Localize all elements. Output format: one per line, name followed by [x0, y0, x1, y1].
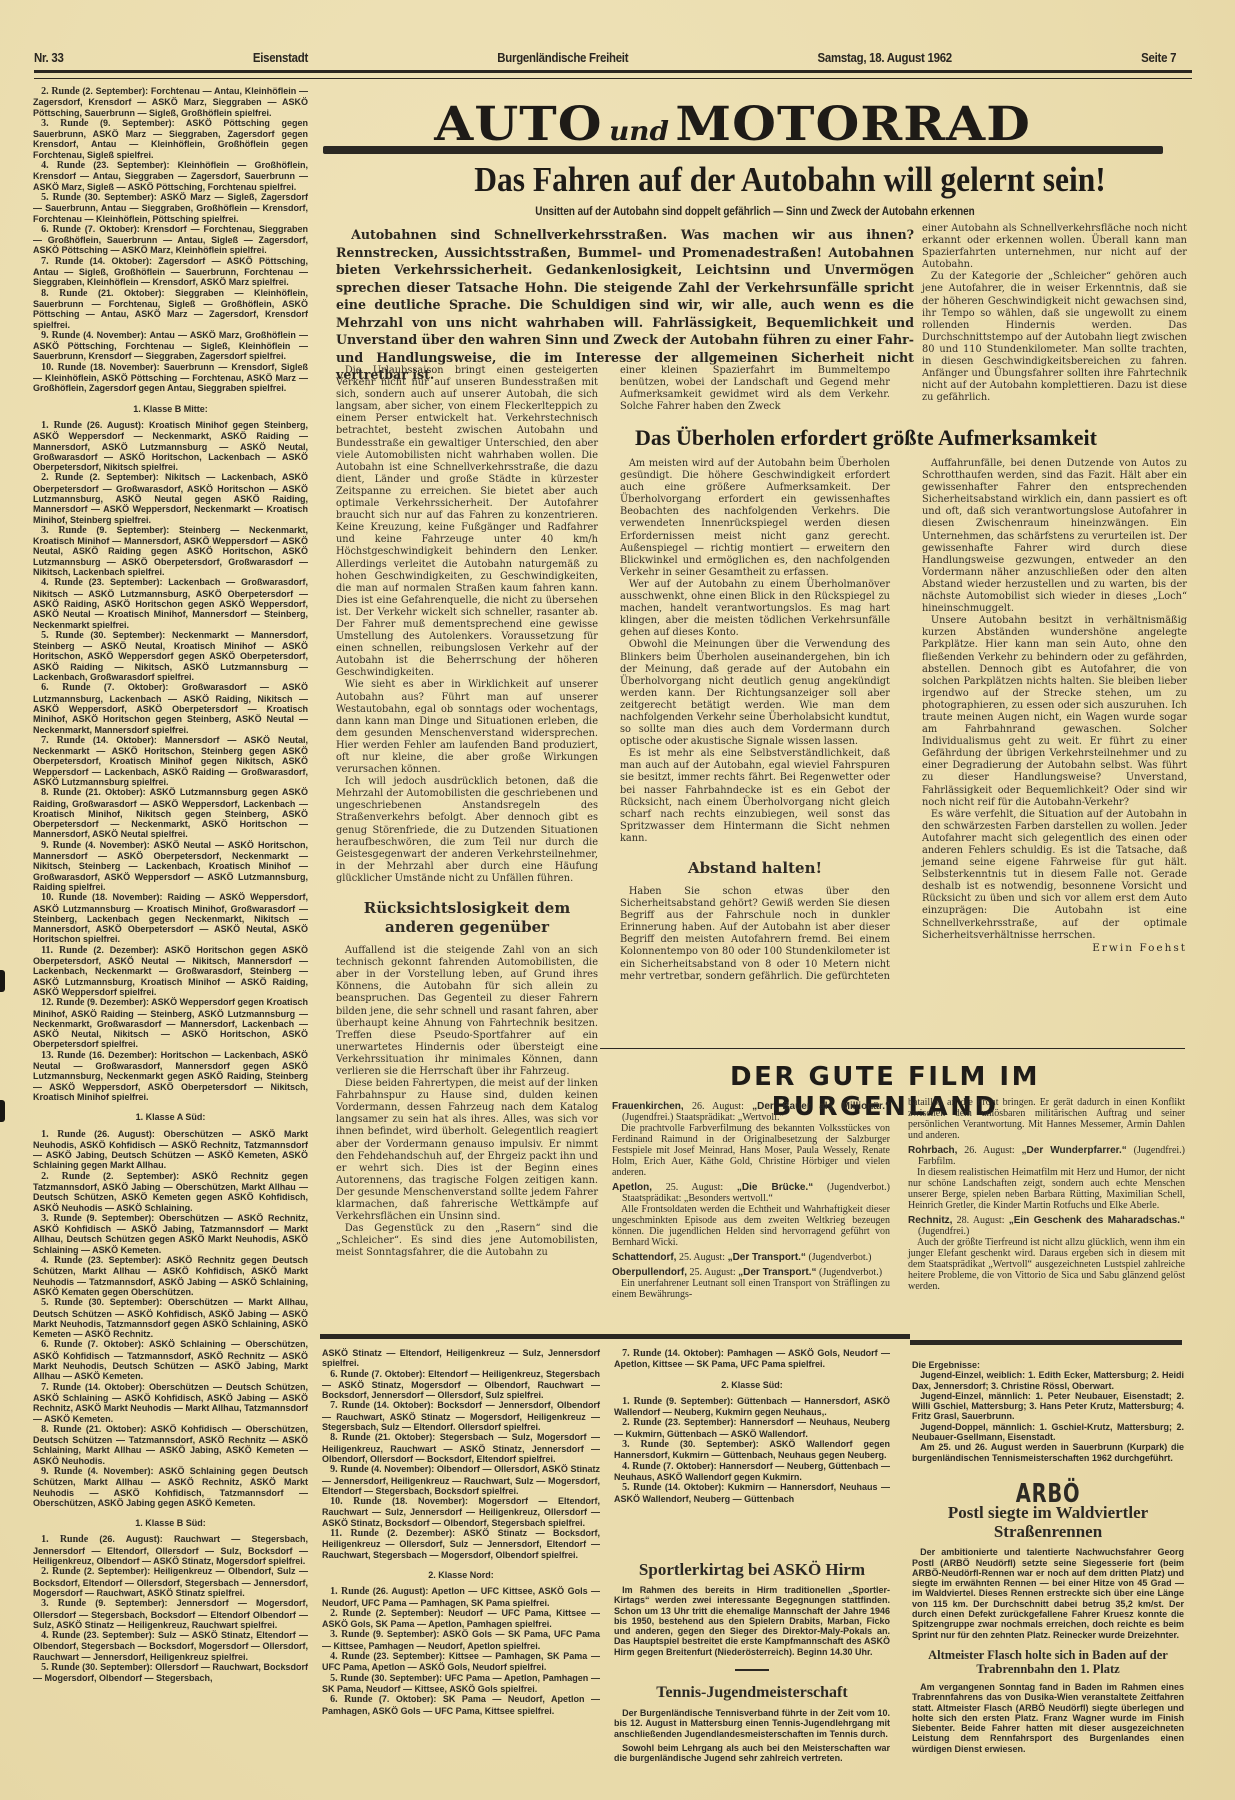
article-paragraph: Wer auf der Autobahn zu einem Überholman… — [620, 579, 890, 639]
round-number: 5. Runde — [622, 1482, 661, 1493]
film-listing: Schattendorf, 25. August: „Der Transport… — [612, 1252, 890, 1263]
tennis-paragraph: Sowohl beim Lehrgang als auch bei den Me… — [614, 1743, 890, 1764]
fixture-round: 5. Runde (30. September): Oberschützen —… — [33, 1297, 308, 1339]
round-number: 7. Runde — [41, 1382, 81, 1393]
results-and-arbo-column: Die Ergebnisse: Jugend-Einzel, weiblich:… — [912, 1360, 1184, 1754]
fixture-round: 12. Runde (9. Dezember): ASKÖ Weppersdor… — [33, 997, 308, 1049]
round-number: 8. Runde — [41, 787, 81, 798]
fixture-round: 7. Runde (14. Oktober): Pamhagen — ASKÖ … — [614, 1348, 890, 1370]
fixture-round: 4. Runde (23. September): Kittsee — Pamh… — [322, 1651, 600, 1673]
round-number: 7. Runde — [622, 1348, 661, 1359]
fixtures-column-left: 2. Runde (2. September): Forchtenau — An… — [33, 86, 308, 1684]
round-number: 3. Runde — [330, 1629, 369, 1640]
fixture-round: 8. Runde (21. Oktober): Stegersbach — Su… — [322, 1432, 600, 1464]
section-title-auto: AUTO — [434, 97, 602, 152]
round-number: 8. Runde — [41, 1424, 81, 1435]
article-subheadline: Unsitten auf der Autobahn sind doppelt g… — [381, 206, 1129, 218]
fixtures-column-right: 7. Runde (14. Oktober): Pamhagen — ASKÖ … — [614, 1348, 890, 1504]
round-number: 8. Runde — [41, 288, 87, 299]
film-column-1: Frauenkirchen, 26. August: „Der Bauer al… — [612, 1097, 890, 1300]
article-paragraph: Es wäre verfehlt, die Situation auf der … — [922, 809, 1187, 942]
fixture-round: 4. Runde (23. September): ASKÖ Rechnitz … — [33, 1255, 308, 1297]
article-column-2: Am meisten wird auf der Autobahn beim Üb… — [620, 458, 890, 983]
article-paragraph: einer kleinen Spazierfahrt im Bummeltemp… — [620, 365, 890, 413]
film-location: Apetlon, — [612, 1182, 652, 1193]
round-number: 2. Runde — [330, 1608, 371, 1619]
fixture-round: 2. Runde (2. September): Forchtenau — An… — [33, 86, 308, 118]
fixture-round: 10. Runde (18. November): Raiding — ASKÖ… — [33, 892, 308, 944]
film-title: „Ein Geschenk des Maharadschas.“ — [1009, 1215, 1185, 1226]
round-number: 4. Runde — [41, 577, 83, 588]
masthead: Nr. 33 Eisenstadt Burgenländische Freihe… — [34, 47, 1176, 67]
fixture-round: 3. Runde (30. September): ASKÖ Wallendor… — [614, 1439, 890, 1461]
article-lead: Autobahnen sind Schnellverkehrsstraßen. … — [336, 226, 914, 384]
film-location: Oberpullendorf, — [612, 1267, 687, 1278]
fixture-round: 6. Runde (7. Oktober): Großwarasdorf — A… — [33, 682, 308, 734]
fixture-round: 8. Runde (21. Oktober): ASKÖ Kohfidisch … — [33, 1424, 308, 1466]
round-number: 9. Runde — [41, 330, 80, 341]
round-number: 1. Runde — [41, 1534, 88, 1545]
fixture-round: 6. Runde (7. Oktober): SK Pama — Neudorf… — [322, 1694, 600, 1716]
league-heading: 1. Klasse B Süd: — [33, 1518, 308, 1528]
film-location: Rechnitz, — [908, 1215, 952, 1226]
film-listing: Rechnitz, 28. August: „Ein Geschenk des … — [908, 1215, 1185, 1237]
fixture-round: 3. Runde (9. September): Jennersdorf — M… — [33, 1598, 308, 1630]
round-number: 7. Runde — [41, 256, 83, 267]
round-number: 13. Runde — [41, 1050, 85, 1061]
fixture-round: 7. Runde (14. Oktober): Zagersdorf — ASK… — [33, 256, 308, 288]
round-number: 7. Runde — [41, 735, 85, 746]
film-column-2: bataillon an die Front bringen. Er gerät… — [908, 1097, 1185, 1292]
round-number: 5. Runde — [41, 1297, 83, 1308]
round-number: 4. Runde — [41, 1630, 80, 1641]
round-number: 5. Runde — [41, 1662, 79, 1673]
film-description: Auch der größte Tierfreund ist nicht all… — [908, 1237, 1185, 1292]
article-column-2-top: einer kleinen Spazierfahrt im Bummeltemp… — [620, 365, 890, 413]
punch-hole-mark — [0, 970, 5, 992]
film-title: „Die Brücke.“ — [737, 1182, 813, 1193]
film-location: Rohrbach, — [908, 1145, 957, 1156]
tennis-result: Jugend-Einzel, männlich: 1. Peter Neubau… — [912, 1391, 1184, 1422]
fixture-round: 5. Runde (14. Oktober): Kukmirn — Hanner… — [614, 1482, 890, 1504]
article-column-3-top: einer Autobahn als Schnellverkehrsfläche… — [922, 223, 1187, 404]
article-paragraph: Am meisten wird auf der Autobahn beim Üb… — [620, 458, 890, 579]
round-number: 3. Runde — [622, 1439, 669, 1450]
tennis-headline: Tennis-Jugendmeisterschaft — [614, 1683, 890, 1702]
tennis-paragraph: Der Burgenländische Tennisverband führte… — [614, 1708, 890, 1739]
short-divider — [735, 1669, 769, 1671]
film-listing: Apetlon, 25. August: „Die Brücke.“ (Juge… — [612, 1182, 890, 1204]
league-heading: 1. Klasse B Mitte: — [33, 404, 308, 414]
film-title: „Der Transport.“ — [738, 1267, 816, 1278]
arbo-logo: ARBÖ — [946, 1489, 1150, 1499]
arbo-text: Der ambitionierte und talentierte Nachwu… — [912, 1547, 1184, 1640]
issue-date: Samstag, 18. August 1962 — [818, 50, 952, 65]
section-divider — [320, 1334, 910, 1339]
film-location: Schattendorf, — [612, 1252, 676, 1263]
fixture-round: 9. Runde (4. November): ASKÖ Schlaining … — [33, 1466, 308, 1508]
result-category: Jugend-Doppel, männlich: — [920, 1422, 1035, 1432]
round-number: 10. Runde — [41, 892, 87, 903]
fixture-round: 9. Runde (4. November): Olbendorf — Olle… — [322, 1464, 600, 1496]
tennis-closing: Am 25. und 26. August werden in Sauerbru… — [912, 1442, 1184, 1463]
round-number: 5. Runde — [41, 192, 81, 203]
round-number: 6. Runde — [41, 1339, 82, 1350]
fixture-round: 8. Runde (21. Oktober): Sieggraben — Kle… — [33, 288, 308, 330]
result-category: Jugend-Einzel, männlich: — [920, 1391, 1031, 1401]
film-description: bataillon an die Front bringen. Er gerät… — [908, 1097, 1185, 1141]
round-number: 2. Runde — [41, 1171, 90, 1182]
subhead-abstand: Abstand halten! — [620, 859, 890, 878]
sportlerkirtag-text: Im Rahmen des bereits in Hirm traditione… — [614, 1585, 890, 1657]
fixture-round: 2. Runde (2. September): Nikitsch — Lack… — [33, 472, 308, 524]
article-paragraph: Haben Sie schon etwas über den Sicherhei… — [620, 886, 890, 983]
league-heading: 2. Klasse Süd: — [614, 1380, 890, 1390]
film-listing: Frauenkirchen, 26. August: „Der Bauer al… — [612, 1101, 890, 1123]
article-paragraph: Auffahrunfälle, bei denen Dutzende von A… — [922, 458, 1187, 615]
round-number: 1. Runde — [622, 1396, 662, 1407]
fixture-round: 7. Runde (14. Oktober): Oberschützen — D… — [33, 1382, 308, 1424]
round-number: 10. Runde — [41, 362, 86, 373]
article-paragraph: Diese beiden Fahrertypen, die meist auf … — [336, 1078, 598, 1223]
round-number: 9. Runde — [330, 1464, 368, 1475]
article-paragraph: Wie sieht es aber in Wirklichkeit auf un… — [336, 679, 598, 776]
round-number: 11. Runde — [41, 945, 87, 956]
round-number: 4. Runde — [622, 1461, 660, 1472]
punch-hole-mark — [0, 1100, 5, 1122]
fixture-round: 9. Runde (4. November): ASKÖ Neutal — AS… — [33, 840, 308, 892]
article-paragraph: Es ist mehr als eine Selbstverständlichk… — [620, 748, 890, 845]
tennis-result: Jugend-Einzel, weiblich: 1. Edith Ecker,… — [912, 1370, 1184, 1391]
section-title-und: und — [609, 117, 669, 147]
section-title-bar — [323, 146, 1163, 154]
fixture-round: 8. Runde (21. Oktober): ASKÖ Lutzmannsbu… — [33, 787, 308, 839]
fixture-round: 5. Runde (30. September): Neckenmarkt — … — [33, 630, 308, 682]
round-number: 3. Runde — [41, 525, 87, 536]
fixture-round: 11. Runde (2. Dezember): ASKÖ Horitschon… — [33, 945, 308, 997]
article-paragraph: einer Autobahn als Schnellverkehrsfläche… — [922, 223, 1187, 271]
article-paragraph: Unsere Autobahn besitzt in verhältnismäß… — [922, 615, 1187, 809]
author-signature: Erwin Foehst — [922, 942, 1187, 954]
fixture-round: 13. Runde (16. Dezember): Horitschon — L… — [33, 1050, 308, 1102]
article-column-3: Auffahrunfälle, bei denen Dutzende von A… — [922, 458, 1187, 954]
city: Eisenstadt — [253, 50, 308, 65]
round-number: 9. Runde — [41, 840, 81, 851]
fixture-round: 5. Runde (30. September): ASKÖ Marz — Si… — [33, 192, 308, 224]
issue-number: Nr. 33 — [34, 50, 64, 65]
film-title: „Der Bauer als Millionär.“ — [752, 1101, 890, 1112]
fixture-round: 1. Runde (9. September): Güttenbach — Ha… — [614, 1396, 890, 1418]
section-divider — [600, 1048, 1185, 1049]
fixture-round: 6. Runde (7. Oktober): Eltendorf — Heili… — [322, 1369, 600, 1401]
fixture-round: ASKÖ Stinatz — Eltendorf, Heiligenkreuz … — [322, 1348, 600, 1369]
tennis-result: Jugend-Doppel, männlich: 1. Gschiel-Krut… — [912, 1422, 1184, 1443]
film-description: In diesem realistischen Heimatfilm mit H… — [908, 1167, 1185, 1211]
fixture-round: 4. Runde (23. September): Sulz — ASKÖ St… — [33, 1630, 308, 1662]
fixture-round: 3. Runde (9. September): Oberschützen — … — [33, 1213, 308, 1255]
round-number: 12. Runde — [41, 997, 84, 1008]
round-number: 4. Runde — [41, 1255, 82, 1266]
fixture-round: 7. Runde (14. Oktober): Bocksdorf — Jenn… — [322, 1400, 600, 1432]
fixture-round: 2. Runde (2. September): Neudorf — UFC P… — [322, 1608, 600, 1630]
fixture-round: 5. Runde (30. September): Ollersdorf — R… — [33, 1662, 308, 1684]
article-paragraph: Auffallend ist die steigende Zahl von an… — [336, 945, 598, 1078]
article-column-1: Die Urlaubssaison bringt einen gesteiger… — [336, 365, 598, 1259]
sportlerkirtag-headline: Sportlerkirtag bei ASKÖ Hirm — [614, 1560, 890, 1579]
round-number: 3. Runde — [41, 118, 88, 129]
round-number: 1. Runde — [41, 420, 82, 431]
fixture-round: 6. Runde (7. Oktober): Krensdorf — Forch… — [33, 224, 308, 256]
fixture-round: 2. Runde (2. September): Heiligenkreuz —… — [33, 1566, 308, 1598]
fixture-round: 7. Runde (14. Oktober): Mannersdorf — AS… — [33, 735, 308, 787]
league-heading: 2. Klasse Nord: — [322, 1570, 600, 1580]
fixture-round: 3. Runde (9. September): Steinberg — Nec… — [33, 525, 308, 577]
fixture-round: 4. Runde (23. September): Kleinhöflein —… — [33, 160, 308, 192]
round-number: 9. Runde — [41, 1466, 82, 1477]
fixtures-column-middle: ASKÖ Stinatz — Eltendorf, Heiligenkreuz … — [322, 1348, 600, 1716]
article-paragraph: Zu der Kategorie der „Schleicher“ gehöre… — [922, 271, 1187, 404]
fixture-round: 1. Runde (26. August): Kroatisch Minihof… — [33, 420, 308, 472]
article-paragraph: Ich will jedoch ausdrücklich betonen, da… — [336, 776, 598, 885]
sportlerkirtag-article: Sportlerkirtag bei ASKÖ Hirm Im Rahmen d… — [614, 1560, 890, 1764]
round-number: 8. Runde — [330, 1432, 370, 1443]
round-number: 2. Runde — [41, 1566, 80, 1577]
fixture-round: 4. Runde (7. Oktober): Hannersdorf — Neu… — [614, 1461, 890, 1483]
article-paragraph: Die Urlaubssaison bringt einen gesteiger… — [336, 365, 598, 679]
film-listing: Rohrbach, 26. August: „Der Wunderpfarrer… — [908, 1145, 1185, 1167]
film-description: Ein unerfahrener Leutnant soll einen Tra… — [612, 1278, 890, 1300]
fixture-round: 5. Runde (30. September): UFC Pama — Ape… — [322, 1673, 600, 1695]
section-title-motorrad: MOTORRAD — [675, 97, 1030, 152]
film-location: Frauenkirchen, — [612, 1101, 684, 1112]
round-number: 10. Runde — [330, 1496, 381, 1507]
result-category: Jugend-Einzel, weiblich: — [920, 1370, 1025, 1380]
round-number: 6. Runde — [330, 1694, 372, 1705]
fixture-round: 9. Runde (4. November): Antau — ASKÖ Mar… — [33, 330, 308, 362]
film-title: „Der Wunderpfarrer.“ — [1022, 1145, 1127, 1156]
round-number: 5. Runde — [330, 1673, 369, 1684]
subhead-ueberholen: Das Überholen erfordert größte Aufmerksa… — [635, 425, 1135, 451]
fixture-round: 10. Runde (18. November): Mogersdorf — E… — [322, 1496, 600, 1528]
subhead-ruecksichtslosigkeit: Rücksichtslosigkeit dem anderen gegenübe… — [336, 899, 598, 937]
round-number: 6. Runde — [330, 1369, 369, 1380]
newspaper-page: Nr. 33 Eisenstadt Burgenländische Freihe… — [0, 0, 1235, 1800]
fixture-round: 3. Runde (9. September): ASKÖ Gols — SK … — [322, 1629, 600, 1651]
article-headline: Das Fahren auf der Autobahn will gelernt… — [448, 160, 1132, 200]
fixture-round: 10. Runde (18. November): Sauerbrunn — K… — [33, 362, 308, 394]
film-listing: Oberpullendorf, 25. August: „Der Transpo… — [612, 1267, 890, 1278]
league-heading: 1. Klasse A Süd: — [33, 1112, 308, 1122]
film-title: „Der Transport.“ — [728, 1252, 806, 1263]
fixture-round: 1. Runde (26. August): Rauchwart — Stege… — [33, 1534, 308, 1566]
round-number: 3. Runde — [41, 1598, 86, 1609]
fixture-round: 1. Runde (26. August): Oberschützen — AS… — [33, 1129, 308, 1171]
tennis-results: Jugend-Einzel, weiblich: 1. Edith Ecker,… — [912, 1370, 1184, 1442]
flasch-text: Am vergangenen Sonntag fand in Baden im … — [912, 1682, 1184, 1754]
round-number: 2. Runde — [41, 472, 83, 483]
film-description: Die prachtvolle Farbverfilmung des bekan… — [612, 1123, 890, 1178]
fixture-round: 2. Runde (23. September): Hannersdorf — … — [614, 1417, 890, 1439]
newspaper-name: Burgenländische Freiheit — [497, 50, 628, 65]
round-number: 2. Runde — [622, 1417, 661, 1428]
film-description: Alle Frontsoldaten werden die Echtheit u… — [612, 1204, 890, 1248]
round-number: 1. Runde — [41, 1129, 85, 1140]
round-number: 11. Runde — [330, 1528, 379, 1539]
round-number: 5. Runde — [41, 630, 84, 641]
article-paragraph: Obwohl die Meinungen über die Verwendung… — [620, 639, 890, 748]
fixture-round: 11. Runde (2. Dezember): ASKÖ Stinatz — … — [322, 1528, 600, 1560]
round-number: 6. Runde — [41, 682, 90, 693]
page-number: Seite 7 — [1141, 50, 1176, 65]
fixture-round: 1. Runde (26. August): Apetlon — UFC Kit… — [322, 1586, 600, 1608]
masthead-rule — [34, 70, 1192, 79]
round-number: 6. Runde — [41, 224, 81, 235]
flasch-headline: Altmeister Flasch holte sich in Baden au… — [912, 1648, 1184, 1676]
fixture-round: 6. Runde (7. Oktober): ASKÖ Schlaining —… — [33, 1339, 308, 1381]
round-number: 4. Runde — [41, 160, 85, 171]
results-title: Die Ergebnisse: — [912, 1360, 1184, 1370]
round-number: 3. Runde — [41, 1213, 82, 1224]
section-divider — [910, 1340, 1182, 1345]
round-number: 7. Runde — [330, 1400, 370, 1411]
fixture-round: 4. Runde (23. September): Lackenbach — G… — [33, 577, 308, 629]
fixture-round: 2. Runde (2. September): ASKÖ Rechnitz g… — [33, 1171, 308, 1213]
round-number: 2. Runde — [41, 86, 80, 97]
lead-paragraph: Autobahnen sind Schnellverkehrsstraßen. … — [336, 226, 914, 384]
round-number: 1. Runde — [330, 1586, 369, 1597]
round-number: 4. Runde — [330, 1651, 370, 1662]
fixture-round: 3. Runde (9. September): ASKÖ Pöttsching… — [33, 118, 308, 160]
article-paragraph: Das Gegenstück zu den „Rasern“ sind die … — [336, 1223, 598, 1259]
